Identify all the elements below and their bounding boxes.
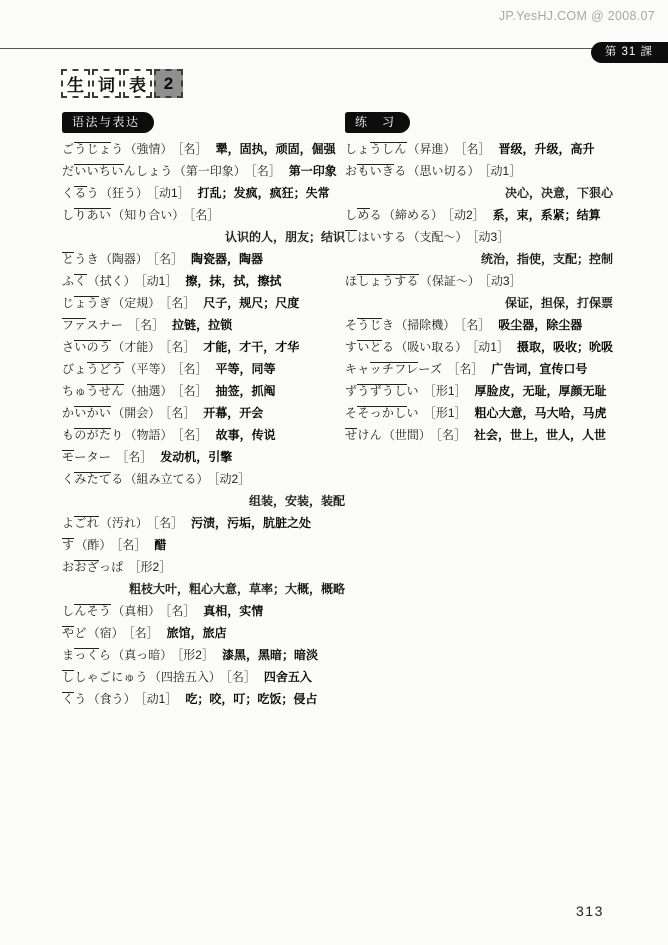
kanji-source: （世間） bbox=[383, 428, 431, 442]
right-column: 练 习 しょうしん（昇進）［名］晋级，升级，高升おもいきる（思い切る）［动1］决… bbox=[345, 112, 661, 710]
part-of-speech-tag: ［名］ bbox=[226, 670, 256, 684]
vocab-entry: おもいきる（思い切る）［动1］ bbox=[345, 160, 661, 182]
right-entry-list: しょうしん（昇進）［名］晋级，升级，高升おもいきる（思い切る）［动1］决心，决意… bbox=[345, 138, 661, 446]
kanji-source: （才能） bbox=[112, 340, 160, 354]
vocab-gloss-continuation: 粗枝大叶，粗心大意，草率；大概，概略 bbox=[62, 578, 345, 600]
kana-reading: モーター bbox=[62, 450, 111, 464]
vocab-entry: す（酢）［名］醋 bbox=[62, 534, 345, 556]
chinese-gloss: 四舍五入 bbox=[264, 670, 312, 684]
part-of-speech-tag: ［名］ bbox=[165, 604, 195, 618]
kanji-source: （汚れ） bbox=[100, 516, 148, 530]
kana-reading: だいいちいんしょう bbox=[62, 164, 173, 178]
vocab-entry: おおざっぱ［形2］ bbox=[62, 556, 345, 578]
kana-reading: じょうぎ bbox=[62, 296, 111, 310]
chinese-gloss: 系，束，系紧；结算 bbox=[493, 208, 601, 222]
title-char-box: 表 bbox=[123, 69, 152, 98]
kanji-source: （拭く） bbox=[88, 274, 136, 288]
part-of-speech-tag: ［名］ bbox=[178, 384, 208, 398]
chinese-gloss: 醋 bbox=[154, 538, 166, 552]
vocab-entry: ずうずうしい［形1］厚脸皮，无耻，厚颜无耻 bbox=[345, 380, 661, 402]
kana-reading: まっくら bbox=[62, 648, 111, 662]
chinese-gloss: 开幕，开会 bbox=[203, 406, 263, 420]
pitch-accent-mark: いかい bbox=[74, 406, 111, 421]
kana-reading: かいかい bbox=[62, 406, 111, 420]
pitch-accent-mark: いのう bbox=[74, 340, 111, 355]
vocab-entry: ファスナー［名］拉链，拉锁 bbox=[62, 314, 345, 336]
title-char-box: 词 bbox=[92, 69, 121, 98]
kanji-source: （真相） bbox=[112, 604, 160, 618]
chinese-gloss: 平等，同等 bbox=[216, 362, 276, 376]
chinese-gloss: 摄取，吸收；吮吸 bbox=[517, 340, 613, 354]
vocab-entry: くう（食う）［动1］吃；咬，叮；吃饭；侵占 bbox=[62, 688, 345, 710]
kanji-source: （組み立てる） bbox=[125, 472, 209, 486]
kana-reading: すいとる bbox=[345, 340, 394, 354]
pitch-accent-mark: もいき bbox=[357, 164, 394, 179]
pitch-accent-mark: く bbox=[74, 274, 86, 289]
vocab-entry: そそっかしい［形1］粗心大意，马大哈，马虎 bbox=[345, 402, 661, 424]
kana-reading: やど bbox=[62, 626, 87, 640]
kanji-source: （宿） bbox=[88, 626, 124, 640]
vocab-entry: ごうじょう（強情）［名］犟，固执，顽固，倔强 bbox=[62, 138, 345, 160]
pitch-accent-mark: うせん bbox=[87, 384, 124, 399]
part-of-speech-tag: ［形1］ bbox=[424, 384, 467, 398]
vocab-entry: びょうどう（平等）［名］平等，同等 bbox=[62, 358, 345, 380]
chinese-gloss: 才能，才干，才华 bbox=[203, 340, 299, 354]
chinese-gloss: 晋级，升级，高升 bbox=[499, 142, 595, 156]
vocab-entry: しめる（締める）［动2］系，束，系紧；结算 bbox=[345, 204, 661, 226]
chinese-gloss: 拉链，拉锁 bbox=[172, 318, 232, 332]
vocab-entry: しりあい（知り合い）［名］ bbox=[62, 204, 345, 226]
pitch-accent-mark: しょうする bbox=[357, 274, 419, 289]
part-of-speech-tag: ［动2］ bbox=[448, 208, 485, 222]
part-of-speech-tag: ［名］ bbox=[460, 318, 490, 332]
page-title: 生词表2 bbox=[61, 69, 183, 98]
kanji-source: （酢） bbox=[75, 538, 111, 552]
part-of-speech-tag: ［名］ bbox=[461, 142, 491, 156]
pitch-accent-mark: す bbox=[62, 538, 74, 553]
chinese-gloss: 旅馆，旅店 bbox=[167, 626, 227, 640]
chinese-gloss: 犟，固执，顽固，倔强 bbox=[216, 142, 336, 156]
kanji-source: （昇進） bbox=[408, 142, 456, 156]
pitch-accent-mark: ファ bbox=[62, 318, 86, 333]
vocab-entry: ものがたり（物語）［名］故事，传说 bbox=[62, 424, 345, 446]
kana-reading: さいのう bbox=[62, 340, 111, 354]
kana-reading: しはいする bbox=[345, 230, 407, 244]
kanji-source: （真っ暗） bbox=[112, 648, 172, 662]
title-number-box: 2 bbox=[154, 69, 183, 98]
pitch-accent-mark: みたて bbox=[74, 472, 111, 487]
vocab-entry: ほしょうする（保証～）［动3］ bbox=[345, 270, 661, 292]
header-rule bbox=[0, 48, 616, 49]
pitch-accent-mark: る bbox=[74, 186, 86, 201]
kanji-source: （思い切る） bbox=[408, 164, 480, 178]
pitch-accent-mark: うしん bbox=[370, 142, 407, 157]
vocab-gloss-continuation: 决心，决意，下狠心 bbox=[345, 182, 661, 204]
pitch-accent-mark: し bbox=[345, 230, 357, 245]
kana-reading: そそっかしい bbox=[345, 406, 419, 420]
pitch-accent-mark: と bbox=[62, 252, 74, 267]
part-of-speech-tag: ［名］ bbox=[116, 450, 152, 464]
part-of-speech-tag: ［动1］ bbox=[141, 274, 178, 288]
chinese-gloss: 广告词，宣传口号 bbox=[491, 362, 587, 376]
pitch-accent-mark: いいちい bbox=[74, 164, 123, 179]
part-of-speech-tag: ［名］ bbox=[178, 142, 208, 156]
vocab-entry: じょうぎ（定規）［名］尺子，规尺；尺度 bbox=[62, 292, 345, 314]
kanji-source: （強情） bbox=[125, 142, 173, 156]
pitch-accent-mark: うじょ bbox=[74, 142, 111, 157]
part-of-speech-tag: ［名］ bbox=[153, 516, 183, 530]
kana-reading: よごれ bbox=[62, 516, 99, 530]
pitch-accent-mark: く bbox=[62, 692, 74, 707]
vocab-entry: ふく（拭く）［动1］擦，抹，拭，擦拭 bbox=[62, 270, 345, 292]
vocab-entry: すいとる（吸い取る）［动1］摄取，吸收；吮吸 bbox=[345, 336, 661, 358]
left-column: 语法与表达 ごうじょう（強情）［名］犟，固执，顽固，倔强だいいちいんしょう（第一… bbox=[62, 112, 345, 710]
vocab-entry: しょうしん（昇進）［名］晋级，升级，高升 bbox=[345, 138, 661, 160]
part-of-speech-tag: ［动3］ bbox=[473, 230, 510, 244]
kanji-source: （定規） bbox=[112, 296, 160, 310]
part-of-speech-tag: ［名］ bbox=[436, 428, 466, 442]
vocab-gloss-continuation: 认识的人，朋友；结识 bbox=[62, 226, 345, 248]
vocab-entry: くるう（狂う）［动1］打乱；发疯，疯狂；失常 bbox=[62, 182, 345, 204]
vocab-entry: せけん（世間）［名］社会，世上，世人，人世 bbox=[345, 424, 661, 446]
chinese-gloss: 故事，传说 bbox=[216, 428, 276, 442]
part-of-speech-tag: ［名］ bbox=[128, 318, 164, 332]
kana-reading: ほしょうする bbox=[345, 274, 419, 288]
part-of-speech-tag: ［名］ bbox=[116, 538, 146, 552]
kana-reading: ものがたり bbox=[62, 428, 124, 442]
vocab-entry: さいのう（才能）［名］才能，才干，才华 bbox=[62, 336, 345, 358]
vocab-entry: キャッチフレーズ［名］广告词，宣传口号 bbox=[345, 358, 661, 380]
vocab-entry: とうき（陶器）［名］陶瓷器，陶器 bbox=[62, 248, 345, 270]
kana-reading: しりあい bbox=[62, 208, 111, 222]
section-badge-grammar: 语法与表达 bbox=[62, 112, 154, 133]
chinese-gloss: 擦，抹，拭，擦拭 bbox=[185, 274, 281, 288]
kana-reading: おもいきる bbox=[345, 164, 407, 178]
part-of-speech-tag: ［动1］ bbox=[472, 340, 509, 354]
part-of-speech-tag: ［动1］ bbox=[153, 186, 190, 200]
watermark-text: JP.YesHJ.COM @ 2008.07 bbox=[499, 9, 655, 23]
pitch-accent-mark: りあい bbox=[74, 208, 111, 223]
kana-reading: くう bbox=[62, 692, 87, 706]
section-badge-practice: 练 习 bbox=[345, 112, 410, 133]
kanji-source: （平等） bbox=[125, 362, 173, 376]
kanji-source: （保証～） bbox=[420, 274, 480, 288]
pitch-accent-mark: ごれ bbox=[74, 516, 99, 531]
kana-reading: とうき bbox=[62, 252, 99, 266]
kana-reading: ふく bbox=[62, 274, 87, 288]
kanji-source: （抽選） bbox=[125, 384, 173, 398]
chinese-gloss: 粗心大意，马大哈，马虎 bbox=[475, 406, 607, 420]
chinese-gloss: 陶瓷器，陶器 bbox=[191, 252, 263, 266]
part-of-speech-tag: ［名］ bbox=[189, 208, 219, 222]
part-of-speech-tag: ［形2］ bbox=[177, 648, 214, 662]
kanji-source: （陶器） bbox=[100, 252, 148, 266]
pitch-accent-mark: や bbox=[62, 626, 74, 641]
textbook-page: JP.YesHJ.COM @ 2008.07 第 31 課 生词表2 语法与表达… bbox=[0, 0, 668, 945]
part-of-speech-tag: ［形1］ bbox=[424, 406, 467, 420]
vocab-gloss-continuation: 保证，担保，打保票 bbox=[345, 292, 661, 314]
kana-reading: ずうずうしい bbox=[345, 384, 419, 398]
chinese-gloss: 发动机，引擎 bbox=[160, 450, 232, 464]
part-of-speech-tag: ［动2］ bbox=[214, 472, 251, 486]
kanji-source: （狂う） bbox=[100, 186, 148, 200]
chinese-gloss: 社会，世上，世人，人世 bbox=[474, 428, 606, 442]
pitch-accent-mark: そっかし bbox=[357, 406, 406, 421]
chinese-gloss: 吸尘器，除尘器 bbox=[498, 318, 582, 332]
vocab-entry: モーター［名］发动机，引擎 bbox=[62, 446, 345, 468]
kanji-source: （支配～） bbox=[408, 230, 468, 244]
chinese-gloss: 打乱；发疯，疯狂；失常 bbox=[198, 186, 330, 200]
part-of-speech-tag: ［名］ bbox=[251, 164, 281, 178]
chinese-gloss: 抽签，抓阄 bbox=[216, 384, 276, 398]
vocab-entry: ちゅうせん（抽選）［名］抽签，抓阄 bbox=[62, 380, 345, 402]
kana-reading: しんそう bbox=[62, 604, 111, 618]
kana-reading: す bbox=[62, 538, 74, 552]
kana-reading: ちゅうせん bbox=[62, 384, 124, 398]
kana-reading: せけん bbox=[345, 428, 382, 442]
part-of-speech-tag: ［名］ bbox=[165, 406, 195, 420]
kana-reading: キャッチフレーズ bbox=[345, 362, 442, 376]
pitch-accent-mark: のがた bbox=[74, 428, 111, 443]
pitch-accent-mark: ッチフレ bbox=[370, 362, 419, 377]
pitch-accent-mark: め bbox=[357, 208, 369, 223]
kanji-source: （開会） bbox=[112, 406, 160, 420]
pitch-accent-mark: うどう bbox=[87, 362, 124, 377]
kana-reading: しょうしん bbox=[345, 142, 407, 156]
part-of-speech-tag: ［动1］ bbox=[485, 164, 522, 178]
part-of-speech-tag: ［名］ bbox=[178, 362, 208, 376]
pitch-accent-mark: し bbox=[62, 670, 74, 685]
pitch-accent-mark: おざ bbox=[74, 560, 99, 575]
part-of-speech-tag: ［动1］ bbox=[141, 692, 178, 706]
vocab-gloss-continuation: 统治，指使，支配；控制 bbox=[345, 248, 661, 270]
kana-reading: しめる bbox=[345, 208, 382, 222]
title-char-box: 生 bbox=[61, 69, 90, 98]
vocab-entry: よごれ（汚れ）［名］污渍，污垢，肮脏之处 bbox=[62, 512, 345, 534]
part-of-speech-tag: ［名］ bbox=[153, 252, 183, 266]
kana-reading: くるう bbox=[62, 186, 99, 200]
lesson-badge: 第 31 課 bbox=[591, 42, 668, 63]
kana-reading: ごうじょう bbox=[62, 142, 124, 156]
page-number: 313 bbox=[576, 903, 604, 919]
kanji-source: （四捨五入） bbox=[149, 670, 221, 684]
chinese-gloss: 厚脸皮，无耻，厚颜无耻 bbox=[475, 384, 607, 398]
vocab-gloss-continuation: 组装，安装，装配 bbox=[62, 490, 345, 512]
kana-reading: ししゃごにゅう bbox=[62, 670, 148, 684]
part-of-speech-tag: ［名］ bbox=[165, 340, 195, 354]
vocab-entry: ししゃごにゅう（四捨五入）［名］四舍五入 bbox=[62, 666, 345, 688]
kana-reading: おおざっぱ bbox=[62, 560, 124, 574]
vocab-entry: くみたてる（組み立てる）［动2］ bbox=[62, 468, 345, 490]
part-of-speech-tag: ［名］ bbox=[178, 428, 208, 442]
vocab-entry: やど（宿）［名］旅馆，旅店 bbox=[62, 622, 345, 644]
pitch-accent-mark: いと bbox=[357, 340, 382, 355]
kana-reading: そうじき bbox=[345, 318, 394, 332]
kanji-source: （締める） bbox=[383, 208, 443, 222]
vocab-entry: そうじき（掃除機）［名］吸尘器，除尘器 bbox=[345, 314, 661, 336]
kanji-source: （物語） bbox=[125, 428, 173, 442]
kanji-source: （知り合い） bbox=[112, 208, 184, 222]
vocab-entry: かいかい（開会）［名］开幕，开会 bbox=[62, 402, 345, 424]
pitch-accent-mark: っく bbox=[74, 648, 99, 663]
chinese-gloss: 第一印象 bbox=[289, 164, 337, 178]
kanji-source: （第一印象） bbox=[174, 164, 246, 178]
kana-reading: ファスナー bbox=[62, 318, 123, 332]
left-entry-list: ごうじょう（強情）［名］犟，固执，顽固，倔强だいいちいんしょう（第一印象）［名］… bbox=[62, 138, 345, 710]
part-of-speech-tag: ［形2］ bbox=[129, 560, 172, 574]
pitch-accent-mark: うじ bbox=[357, 318, 382, 333]
part-of-speech-tag: ［名］ bbox=[129, 626, 159, 640]
kana-reading: びょうどう bbox=[62, 362, 124, 376]
pitch-accent-mark: うずうし bbox=[357, 384, 406, 399]
kanji-source: （掃除機） bbox=[395, 318, 455, 332]
chinese-gloss: 真相，实情 bbox=[203, 604, 263, 618]
chinese-gloss: 吃；咬，叮；吃饭；侵占 bbox=[185, 692, 317, 706]
pitch-accent-mark: せ bbox=[345, 428, 357, 443]
vocab-entry: だいいちいんしょう（第一印象）［名］第一印象 bbox=[62, 160, 345, 182]
vocab-entry: まっくら（真っ暗）［形2］漆黑，黑暗；暗淡 bbox=[62, 644, 345, 666]
part-of-speech-tag: ［名］ bbox=[165, 296, 195, 310]
chinese-gloss: 漆黑，黑暗；暗淡 bbox=[222, 648, 318, 662]
vocab-entry: しはいする（支配～）［动3］ bbox=[345, 226, 661, 248]
chinese-gloss: 尺子，规尺；尺度 bbox=[203, 296, 299, 310]
kanji-source: （吸い取る） bbox=[395, 340, 467, 354]
vocab-columns: 语法与表达 ごうじょう（強情）［名］犟，固执，顽固，倔强だいいちいんしょう（第一… bbox=[62, 112, 661, 710]
vocab-entry: しんそう（真相）［名］真相，实情 bbox=[62, 600, 345, 622]
pitch-accent-mark: モ bbox=[62, 450, 74, 465]
kana-reading: くみたてる bbox=[62, 472, 124, 486]
pitch-accent-mark: んそう bbox=[74, 604, 111, 619]
part-of-speech-tag: ［名］ bbox=[447, 362, 483, 376]
kanji-source: （食う） bbox=[88, 692, 136, 706]
chinese-gloss: 污渍，污垢，肮脏之处 bbox=[191, 516, 311, 530]
part-of-speech-tag: ［动3］ bbox=[485, 274, 522, 288]
pitch-accent-mark: ょう bbox=[74, 296, 99, 311]
